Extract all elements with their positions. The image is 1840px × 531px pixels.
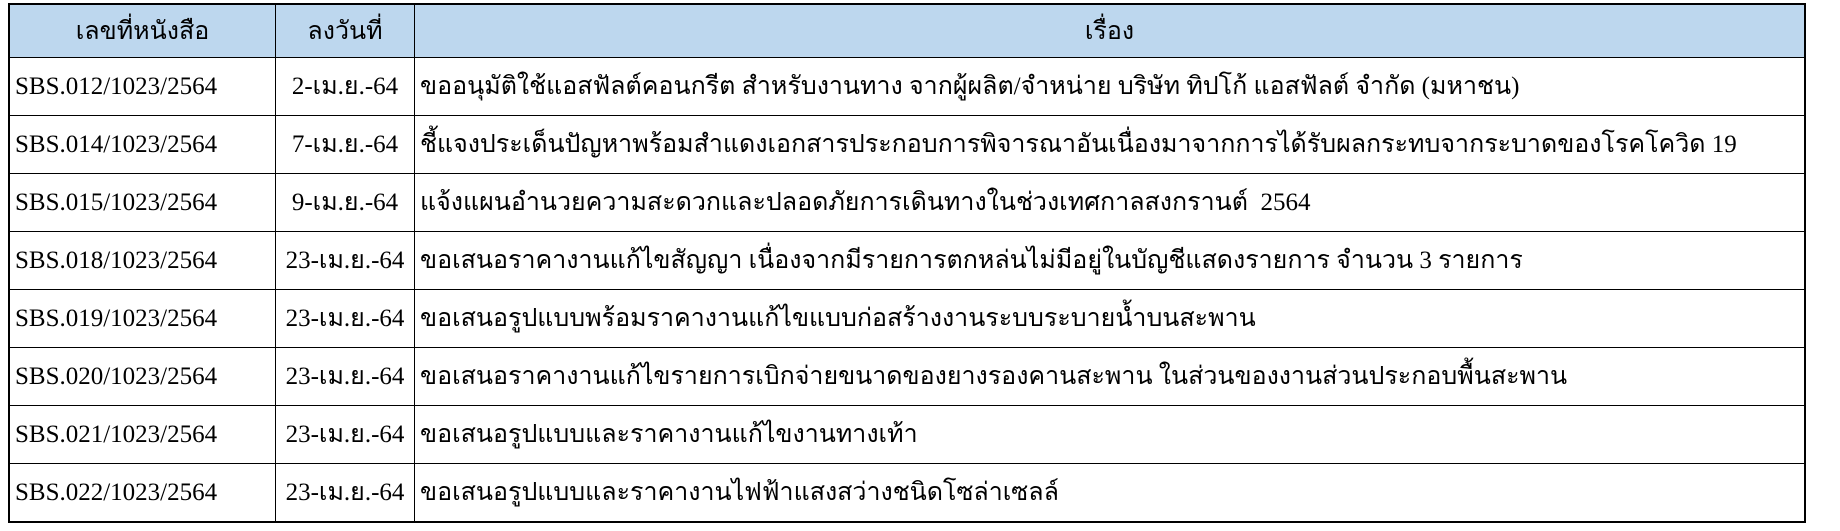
table-body: SBS.012/1023/25642-เม.ย.-64ขออนุมัติใช้แ…	[9, 58, 1805, 523]
table-row: SBS.012/1023/25642-เม.ย.-64ขออนุมัติใช้แ…	[9, 58, 1805, 116]
cell-subject: ขอเสนอรูปแบบและราคางานแก้ไขงานทางเท้า	[415, 406, 1806, 464]
document-page: เลขที่หนังสือ ลงวันที่ เรื่อง SBS.012/10…	[0, 0, 1840, 523]
cell-subject: ขอเสนอราคางานแก้ไขรายการเบิกจ่ายขนาดของย…	[415, 348, 1806, 406]
table-row: SBS.018/1023/256423-เม.ย.-64ขอเสนอราคางา…	[9, 232, 1805, 290]
cell-date: 23-เม.ย.-64	[276, 348, 415, 406]
header-row: เลขที่หนังสือ ลงวันที่ เรื่อง	[9, 4, 1805, 58]
table-row: SBS.019/1023/256423-เม.ย.-64ขอเสนอรูปแบบ…	[9, 290, 1805, 348]
cell-subject: ขอเสนอรูปแบบและราคางานไฟฟ้าแสงสว่างชนิดโ…	[415, 464, 1806, 523]
cell-subject: ขอเสนอราคางานแก้ไขสัญญา เนื่องจากมีรายกา…	[415, 232, 1806, 290]
table-row: SBS.022/1023/256423-เม.ย.-64ขอเสนอรูปแบบ…	[9, 464, 1805, 523]
cell-subject: แจ้งแผนอำนวยความสะดวกและปลอดภัยการเดินทา…	[415, 174, 1806, 232]
cell-doc-number: SBS.022/1023/2564	[9, 464, 276, 523]
cell-date: 23-เม.ย.-64	[276, 406, 415, 464]
cell-doc-number: SBS.014/1023/2564	[9, 116, 276, 174]
table-row: SBS.020/1023/256423-เม.ย.-64ขอเสนอราคางา…	[9, 348, 1805, 406]
table-header: เลขที่หนังสือ ลงวันที่ เรื่อง	[9, 4, 1805, 58]
cell-date: 9-เม.ย.-64	[276, 174, 415, 232]
cell-date: 23-เม.ย.-64	[276, 232, 415, 290]
header-doc-number: เลขที่หนังสือ	[9, 4, 276, 58]
cell-doc-number: SBS.012/1023/2564	[9, 58, 276, 116]
cell-doc-number: SBS.020/1023/2564	[9, 348, 276, 406]
cell-doc-number: SBS.019/1023/2564	[9, 290, 276, 348]
cell-date: 2-เม.ย.-64	[276, 58, 415, 116]
cell-subject: ขอเสนอรูปแบบพร้อมราคางานแก้ไขแบบก่อสร้าง…	[415, 290, 1806, 348]
table-row: SBS.015/1023/25649-เม.ย.-64แจ้งแผนอำนวยค…	[9, 174, 1805, 232]
cell-doc-number: SBS.015/1023/2564	[9, 174, 276, 232]
cell-date: 23-เม.ย.-64	[276, 290, 415, 348]
correspondence-log-table: เลขที่หนังสือ ลงวันที่ เรื่อง SBS.012/10…	[8, 3, 1806, 523]
header-date: ลงวันที่	[276, 4, 415, 58]
cell-subject: ขออนุมัติใช้แอสฟัลต์คอนกรีต สำหรับงานทาง…	[415, 58, 1806, 116]
cell-subject: ชี้แจงประเด็นปัญหาพร้อมสำแดงเอกสารประกอบ…	[415, 116, 1806, 174]
cell-doc-number: SBS.021/1023/2564	[9, 406, 276, 464]
header-subject: เรื่อง	[415, 4, 1806, 58]
cell-date: 23-เม.ย.-64	[276, 464, 415, 523]
table-row: SBS.014/1023/25647-เม.ย.-64ชี้แจงประเด็น…	[9, 116, 1805, 174]
table-row: SBS.021/1023/256423-เม.ย.-64ขอเสนอรูปแบบ…	[9, 406, 1805, 464]
cell-date: 7-เม.ย.-64	[276, 116, 415, 174]
cell-doc-number: SBS.018/1023/2564	[9, 232, 276, 290]
